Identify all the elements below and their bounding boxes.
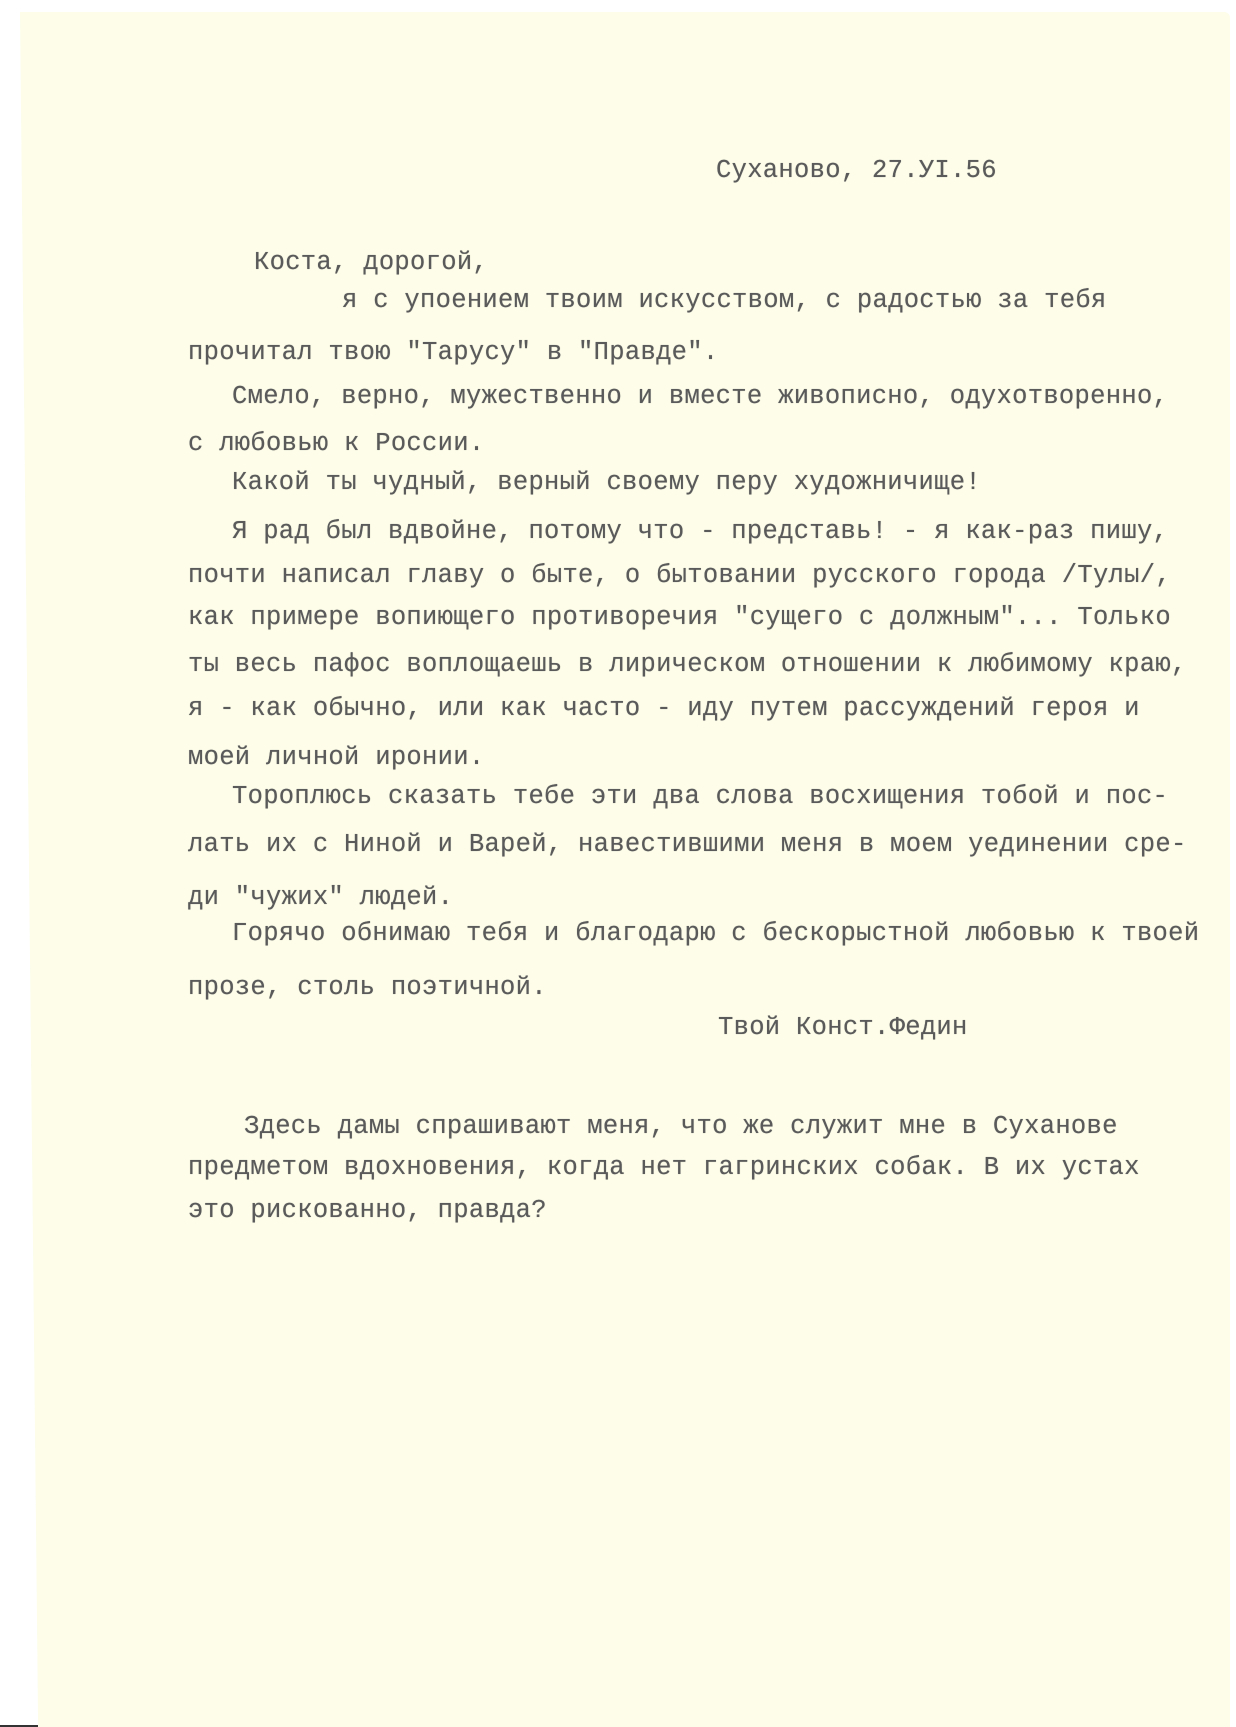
body-line: Тороплюсь сказать тебе эти два слова вос… [232,784,1168,810]
body-line: Горячо обнимаю тебя и благодарю с бескор… [232,921,1199,947]
postscript-line: это рискованно, правда? [188,1198,547,1224]
body-line: Какой ты чудный, верный своему перу худо… [232,470,981,496]
postscript-line: предметом вдохновения, когда нет гагринс… [188,1155,1140,1181]
body-line: как примере вопиющего противоречия "суще… [188,605,1171,631]
body-line: Смело, верно, мужественно и вместе живоп… [232,384,1168,410]
body-line: прозе, столь поэтичной. [188,975,547,1001]
body-line: ди "чужих" людей. [188,885,453,911]
signature: Твой Конст.Федин [718,1015,968,1041]
body-line: моей личной иронии. [188,745,484,771]
body-line: с любовью к России. [188,431,484,457]
body-line: прочитал твою "Тарусу" в "Правде". [188,340,718,366]
body-line: я - как обычно, или как часто - иду путе… [188,696,1140,722]
salutation: Коста, дорогой, [254,250,488,276]
body-line: Я рад был вдвойне, потому что - представ… [232,519,1168,545]
body-line: почти написал главу о быте, о бытовании … [188,563,1171,589]
letter-page [20,12,1230,1727]
body-line: я с упоением твоим искусством, с радость… [342,288,1107,314]
body-line: ты весь пафос воплощаешь в лирическом от… [188,652,1187,678]
postscript-line: Здесь дамы спрашивают меня, что же служи… [244,1114,1118,1140]
place-date: Суханово, 27.УI.56 [716,158,997,184]
body-line: лать их с Ниной и Варей, навестившими ме… [188,832,1187,858]
